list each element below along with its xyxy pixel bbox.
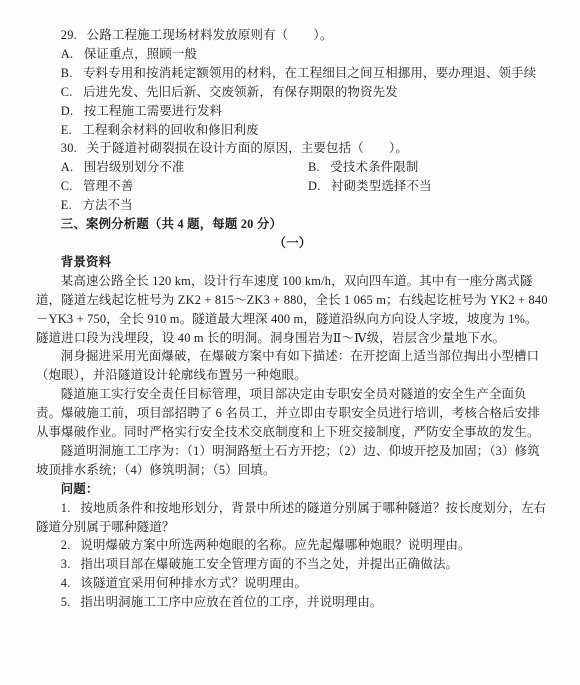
option-text: 按工程施工需要进行发料 [84, 104, 223, 118]
case-number-label: （一） [36, 234, 549, 253]
option-text: 管理不善 [83, 179, 133, 193]
option-label: A. [61, 47, 73, 61]
case-question-2: 2.说明爆破方案中所选两种炮眼的名称。应先起爆哪种炮眼？说明理由。 [36, 536, 549, 555]
option-text: 衬砌类型选择不当 [331, 179, 432, 193]
background-paragraph-1: 某高速公路全长 120 km，设计行车速度 100 km/h，双向四车道。其中有… [36, 272, 549, 348]
question-29-option-b: B.专料专用和按消耗定额领用的材料，在工程细目之间互相挪用，要办理退、领手续 [36, 64, 549, 83]
option-text: 专料专用和按消耗定额领用的材料，在工程细目之间互相挪用，要办理退、领手续 [83, 66, 536, 80]
case-question-number: 2. [61, 538, 71, 552]
case-question-text: 指出项目部在爆破施工安全管理方面的不当之处，并提出正确做法。 [80, 557, 458, 571]
question-30-option-d: D.衬砌类型选择不当 [308, 177, 432, 196]
option-label: D. [61, 104, 73, 118]
case-question-1: 1.按地质条件和按地形划分，背景中所述的隧道分别属于哪种隧道？按长度划分，左右隧… [36, 499, 549, 537]
case-question-text: 说明爆破方案中所选两种炮眼的名称。应先起爆哪种炮眼？说明理由。 [80, 538, 470, 552]
question-30-options-row-1: A.围岩级别划分不准B.受技术条件限制 [36, 158, 549, 177]
question-30-text: 关于隧道衬砌裂损在设计方面的原因，主要包括（ ）。 [87, 141, 408, 155]
case-question-text: 指出明洞施工工序中应放在首位的工序，并说明理由。 [80, 595, 382, 609]
question-30-option-e: E.方法不当 [36, 196, 549, 215]
option-label: C. [61, 179, 73, 193]
case-question-5: 5.指出明洞施工工序中应放在首位的工序，并说明理由。 [36, 593, 549, 612]
background-title: 背景资料 [36, 253, 549, 272]
question-30-number: 30. [61, 141, 77, 155]
question-29-text: 公路工程施工现场材料发放原则有（ ）。 [87, 28, 333, 42]
question-29-option-a: A.保证重点，照顾一般 [36, 45, 549, 64]
option-label: E. [61, 198, 72, 212]
option-label: A. [61, 160, 73, 174]
case-question-text: 该隧道宜采用何种排水方式？说明理由。 [80, 576, 307, 590]
question-30-option-a: A.围岩级别划分不准 [61, 160, 185, 174]
section-heading: 三、案例分析题（共 4 题，每题 20 分） [36, 215, 549, 234]
background-paragraph-3: 隧道施工实行安全责任目标管理，项目部决定由专职安全员对隧道的安全生产全面负责。爆… [36, 385, 549, 442]
question-29-stem: 29.公路工程施工现场材料发放原则有（ ）。 [36, 26, 549, 45]
question-29-option-d: D.按工程施工需要进行发料 [36, 102, 549, 121]
scanned-exam-page: 29.公路工程施工现场材料发放原则有（ ）。 A.保证重点，照顾一般 B.专料专… [0, 0, 580, 685]
case-question-number: 4. [61, 576, 71, 590]
option-text: 围岩级别划分不准 [84, 160, 185, 174]
case-question-number: 5. [61, 595, 71, 609]
option-label: B. [61, 66, 73, 80]
exam-content: 29.公路工程施工现场材料发放原则有（ ）。 A.保证重点，照顾一般 B.专料专… [36, 26, 549, 612]
question-29-option-c: C.后进先发、先旧后新、交废领新，有保存期限的物资先发 [36, 83, 549, 102]
question-29-number: 29. [61, 28, 77, 42]
option-text: 保证重点，照顾一般 [84, 47, 197, 61]
case-questions-title: 问题： [36, 480, 549, 499]
case-question-number: 1. [61, 501, 71, 515]
option-text: 受技术条件限制 [330, 160, 418, 174]
question-30-options-row-2: C.管理不善D.衬砌类型选择不当 [36, 177, 549, 196]
option-label: D. [308, 179, 320, 193]
option-text: 后进先发、先旧后新、交废领新，有保存期限的物资先发 [83, 85, 398, 99]
option-text: 方法不当 [82, 198, 132, 212]
case-question-3: 3.指出项目部在爆破施工安全管理方面的不当之处，并提出正确做法。 [36, 555, 549, 574]
case-question-4: 4.该隧道宜采用何种排水方式？说明理由。 [36, 574, 549, 593]
case-question-number: 3. [61, 557, 71, 571]
background-paragraph-4: 隧道明洞施工工序为：（1）明洞路堑土石方开挖；（2）边、仰坡开挖及加固；（3）修… [36, 442, 549, 480]
option-label: E. [61, 123, 72, 137]
question-30-option-b: B.受技术条件限制 [308, 158, 418, 177]
background-paragraph-2: 洞身掘进采用光面爆破，在爆破方案中有如下描述：在开挖面上适当部位掏出小型槽口（炮… [36, 347, 549, 385]
case-question-text: 按地质条件和按地形划分，背景中所述的隧道分别属于哪种隧道？按长度划分，左右隧道分… [36, 501, 546, 534]
question-30-stem: 30.关于隧道衬砌裂损在设计方面的原因，主要包括（ ）。 [36, 139, 549, 158]
question-29-option-e: E.工程剩余材料的回收和修旧利废 [36, 121, 549, 140]
option-label: B. [308, 160, 320, 174]
question-30-option-c: C.管理不善 [61, 179, 134, 193]
option-label: C. [61, 85, 73, 99]
option-text: 工程剩余材料的回收和修旧利废 [82, 123, 258, 137]
